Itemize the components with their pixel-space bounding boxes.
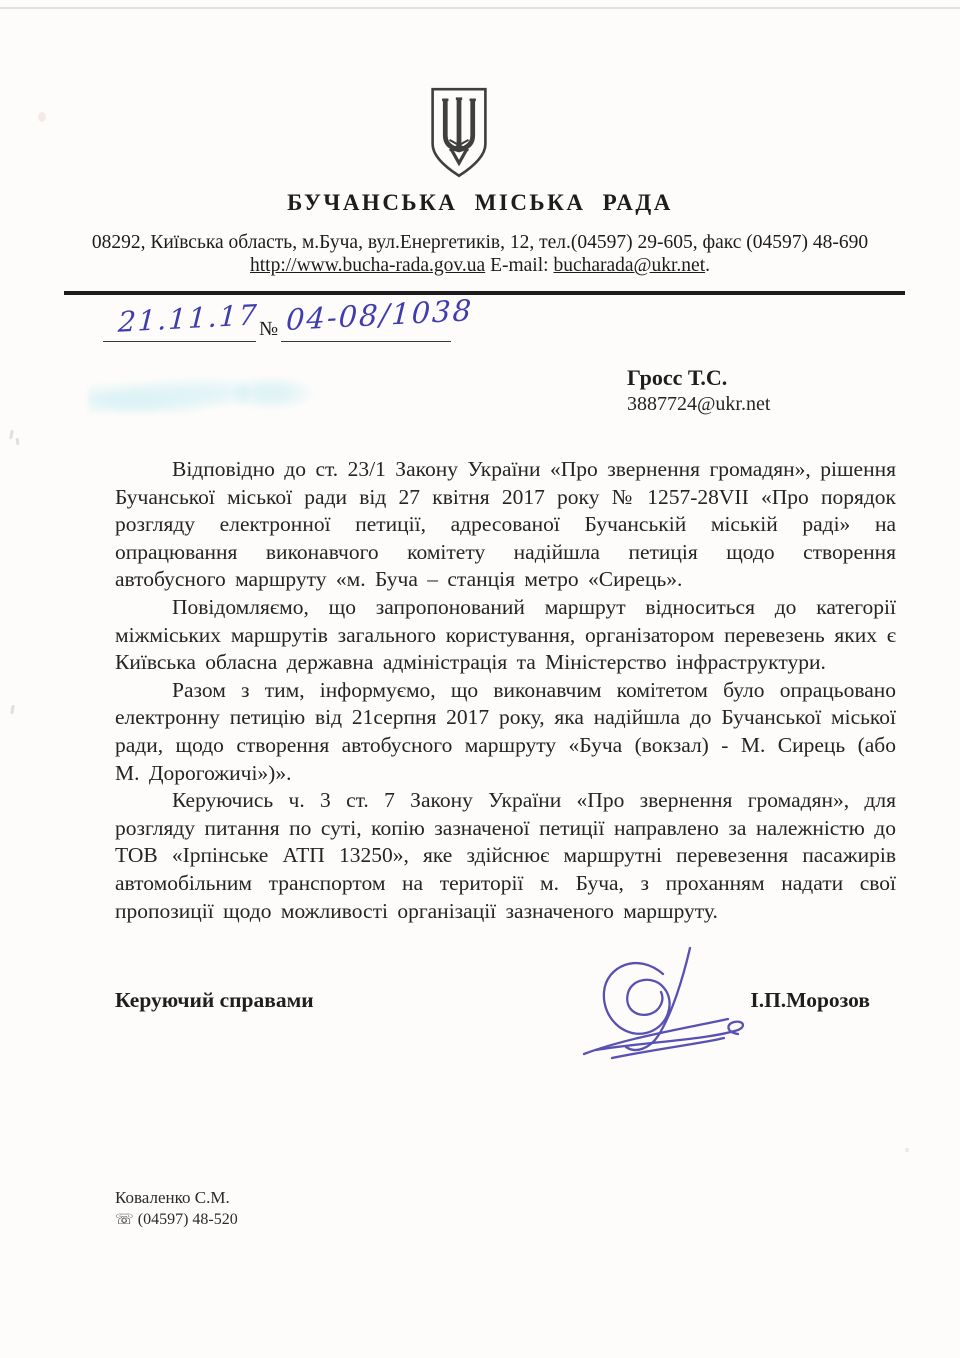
- website-link: http://www.bucha-rada.gov.ua: [250, 255, 485, 276]
- scan-speck: [10, 705, 15, 714]
- date-underline: [103, 341, 256, 342]
- trident-emblem-icon: [427, 85, 491, 180]
- signer-name: І.П.Морозов: [750, 988, 870, 1013]
- executor-phone-line: ☏(04597) 48-520: [115, 1210, 238, 1229]
- executor-phone: (04597) 48-520: [138, 1211, 238, 1228]
- recipient-block: Гросс Т.С. 3887724@ukr.net: [627, 364, 770, 417]
- email-period: .: [705, 255, 710, 276]
- body-paragraph: Разом з тим, інформуємо, що виконавчим к…: [115, 677, 896, 787]
- ink-signature: [568, 946, 758, 1066]
- handwritten-ref-number: 04-08/1038: [285, 293, 474, 337]
- letter-body: Відповідно до ст. 23/1 Закону України «П…: [115, 456, 896, 925]
- scan-speck: [9, 430, 14, 439]
- scan-speck: [905, 1148, 909, 1152]
- signer-position: Керуючий справами: [115, 988, 314, 1013]
- body-paragraph: Повідомляємо, що запропонований маршрут …: [115, 594, 896, 677]
- email-label: E-mail:: [490, 255, 548, 276]
- handwritten-date: 21.11.17: [117, 298, 259, 338]
- faded-stamp-smudge: [235, 372, 325, 414]
- body-paragraph: Керуючись ч. 3 ст. 7 Закону України «Про…: [115, 787, 896, 925]
- scan-speck: [38, 112, 46, 122]
- scanned-letter-page: БУЧАНСЬКА МІСЬКА РАДА 08292, Київська об…: [0, 0, 960, 1358]
- recipient-name: Гросс Т.С.: [627, 364, 770, 392]
- executor-name: Коваленко С.М.: [115, 1188, 230, 1208]
- header-rule: [64, 291, 905, 295]
- email-link: bucharada@ukr.net: [553, 255, 705, 276]
- telephone-icon: ☏: [115, 1210, 134, 1228]
- web-email-line: http://www.bucha-rada.gov.ua E-mail: buc…: [0, 255, 960, 277]
- faded-stamp-smudge: [88, 378, 248, 414]
- numero-sign: №: [259, 318, 278, 341]
- address-line: 08292, Київська область, м.Буча, вул.Ене…: [0, 232, 960, 254]
- scan-top-edge: [0, 7, 960, 9]
- organization-title: БУЧАНСЬКА МІСЬКА РАДА: [0, 190, 960, 216]
- scan-speck: [16, 438, 20, 445]
- recipient-email: 3887724@ukr.net: [627, 392, 770, 417]
- body-paragraph: Відповідно до ст. 23/1 Закону України «П…: [115, 456, 896, 594]
- number-underline: [281, 341, 451, 342]
